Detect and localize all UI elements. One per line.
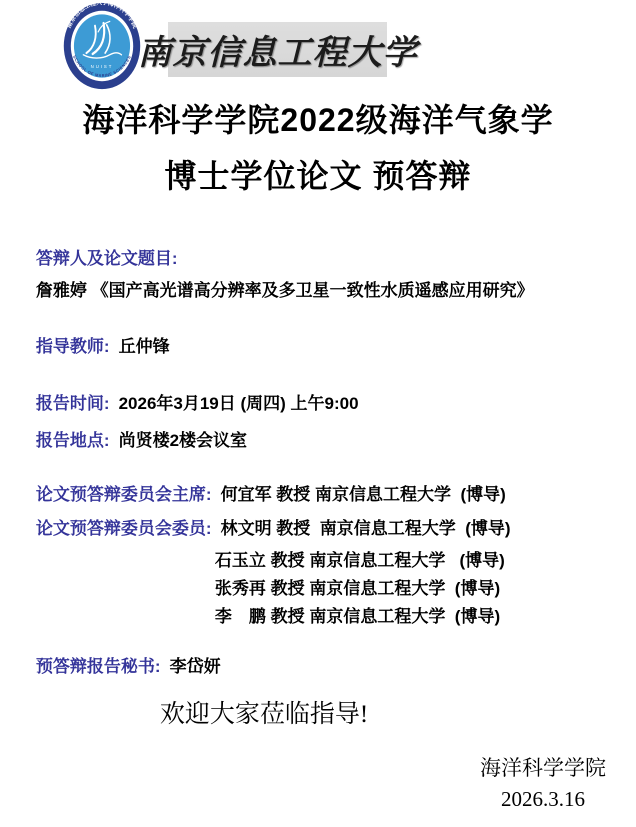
secretary-row: 预答辩报告秘书:李岱妍 bbox=[17, 637, 221, 697]
defender-value-row: 詹雅婷 《国产高光谱高分辨率及多卫星一致性水质遥感应用研究》 bbox=[17, 261, 534, 321]
footer-organization: 海洋科学学院 bbox=[468, 753, 618, 784]
badge-nuist-label: NUIST bbox=[91, 64, 114, 69]
committee-member-4: 李 鹏 教授 南京信息工程大学 (博导) bbox=[215, 607, 500, 626]
school-logo-badge: 南京信息工程大学海洋科学学院 SCHOOL OF MARINE SCIENCES… bbox=[63, 2, 141, 90]
university-calligraphy-banner: 南京信息工程大学 bbox=[168, 22, 387, 77]
report-location-label: 报告地点: bbox=[36, 431, 110, 450]
university-name-calligraphy: 南京信息工程大学 bbox=[138, 25, 418, 74]
page-title-line2: 博士学位论文 预答辩 bbox=[0, 148, 636, 204]
footer-signature: 海洋科学学院 2026.3.16 bbox=[468, 753, 618, 815]
announcement-page: 南京信息工程大学海洋科学学院 SCHOOL OF MARINE SCIENCES… bbox=[0, 0, 636, 827]
report-location-value: 尚贤楼2楼会议室 bbox=[119, 431, 247, 450]
page-title: 海洋科学学院2022级海洋气象学 博士学位论文 预答辩 bbox=[0, 92, 636, 204]
committee-members-label: 论文预答辩委员会委员: bbox=[36, 519, 212, 538]
advisor-label: 指导教师: bbox=[36, 337, 110, 356]
advisor-name: 丘仲锋 bbox=[119, 337, 170, 356]
secretary-name: 李岱妍 bbox=[170, 657, 221, 676]
advisor-row: 指导教师:丘仲锋 bbox=[17, 317, 170, 377]
defender-name-and-thesis: 詹雅婷 《国产高光谱高分辨率及多卫星一致性水质遥感应用研究》 bbox=[36, 281, 534, 300]
page-title-line1: 海洋科学学院2022级海洋气象学 bbox=[0, 92, 636, 148]
report-location-row: 报告地点:尚贤楼2楼会议室 bbox=[17, 411, 247, 471]
footer-date: 2026.3.16 bbox=[468, 784, 618, 815]
secretary-label: 预答辩报告秘书: bbox=[36, 657, 161, 676]
welcome-message: 欢迎大家莅临指导! bbox=[0, 694, 636, 730]
school-logo-icon: 南京信息工程大学海洋科学学院 SCHOOL OF MARINE SCIENCES… bbox=[63, 2, 141, 90]
committee-member-row: 李 鹏 教授 南京信息工程大学 (博导) bbox=[196, 587, 500, 647]
